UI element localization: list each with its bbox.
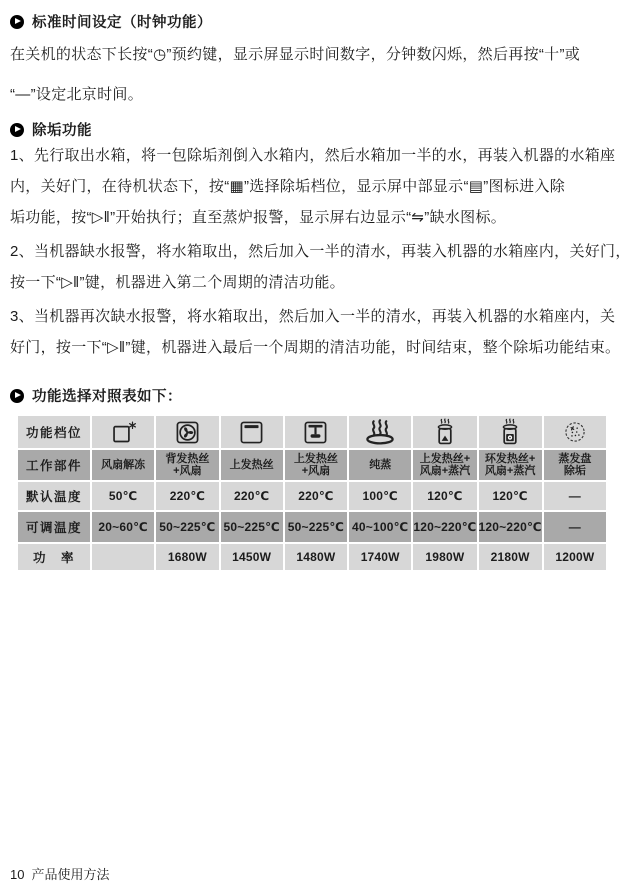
table-cell-default-temp: 220℃: [285, 482, 347, 510]
step-1: 1、先行取出水箱，将一包除垢剂倒入水箱内，然后水箱加一半的水，再装入机器的水箱座…: [10, 140, 614, 233]
table-cell-temp-range: 50~225℃: [285, 512, 347, 542]
table-cell-part: 纯蒸: [349, 450, 411, 480]
table-cell-default-temp: 50℃: [92, 482, 154, 510]
table-cell-part: 环发热丝+ 风扇+蒸汽: [479, 450, 542, 480]
page-number: 10: [10, 867, 24, 882]
section-title: 标准时间设定（时钟功能）: [32, 11, 212, 32]
row-label-power: 功 率: [18, 544, 90, 570]
pure-steam-icon: [349, 416, 411, 448]
table-cell-power: 1680W: [156, 544, 218, 570]
top-heat-fan-steam-icon: [413, 416, 476, 448]
table-cell-part: 蒸发盘 除垢: [544, 450, 606, 480]
table-cell-temp-range: —: [544, 512, 606, 542]
table-cell-power: [92, 544, 154, 570]
section-time-setting: 标准时间设定（时钟功能）: [10, 11, 212, 32]
table-cell-power: 1740W: [349, 544, 411, 570]
play-bullet-icon: [10, 15, 24, 29]
table-cell-part: 背发热丝 +风扇: [156, 450, 218, 480]
section-time-setting-body: 在关机的状态下长按“◷”预约键，显示屏显示时间数字，分钟数闪烁，然后再按“十”或…: [10, 35, 614, 115]
step-3: 3、当机器再次缺水报警，将水箱取出，然后加入一半的清水，再装入机器的水箱座内，关…: [10, 301, 614, 363]
play-bullet-icon: [10, 389, 24, 403]
table-cell-power: 1980W: [413, 544, 476, 570]
play-bullet-icon: [10, 123, 24, 137]
table-cell-power: 1450W: [221, 544, 283, 570]
paragraph-line: 内，关好门，在待机状态下，按“▦”选择除垢档位，显示屏中部显示“▤”图标进入除: [10, 171, 614, 202]
rear-heat-fan-icon: [156, 416, 218, 448]
section-descale: 除垢功能: [10, 119, 92, 140]
step-2: 2、当机器缺水报警，将水箱取出，然后加入一半的清水，再装入机器的水箱座内，关好门…: [10, 236, 614, 298]
top-heat-fan-icon: [285, 416, 347, 448]
table-cell-default-temp: —: [544, 482, 606, 510]
ring-heat-fan-steam-icon: [479, 416, 542, 448]
table-cell-default-temp: 120℃: [479, 482, 542, 510]
table-cell-power: 2180W: [479, 544, 542, 570]
defrost-icon: [92, 416, 154, 448]
table-cell-temp-range: 20~60℃: [92, 512, 154, 542]
section-descale-body: 1、先行取出水箱，将一包除垢剂倒入水箱内，然后水箱加一半的水，再装入机器的水箱座…: [10, 140, 614, 366]
top-heat-icon: [221, 416, 283, 448]
table-cell-temp-range: 50~225℃: [156, 512, 218, 542]
footer-label: 产品使用方法: [31, 864, 109, 883]
paragraph-line: 垢功能，按“▷‖”开始执行；直至蒸炉报警，显示屏右边显示“⇋”缺水图标。: [10, 202, 614, 233]
paragraph-line: 3、当机器再次缺水报警，将水箱取出，然后加入一半的清水，再装入机器的水箱座内，关: [10, 301, 614, 332]
section-title: 功能选择对照表如下：: [32, 385, 182, 406]
row-label-mode: 功能档位: [18, 416, 90, 448]
manual-page: 标准时间设定（时钟功能） 在关机的状态下长按“◷”预约键，显示屏显示时间数字，分…: [0, 0, 622, 889]
table-cell-part: 上发热丝+ 风扇+蒸汽: [413, 450, 476, 480]
table-cell-default-temp: 100℃: [349, 482, 411, 510]
paragraph-line: 在关机的状态下长按“◷”预约键，显示屏显示时间数字，分钟数闪烁，然后再按“十”或: [10, 35, 614, 75]
section-title: 除垢功能: [32, 119, 92, 140]
table-cell-default-temp: 220℃: [156, 482, 218, 510]
table-cell-temp-range: 50~225℃: [221, 512, 283, 542]
table-cell-temp-range: 120~220℃: [479, 512, 542, 542]
paragraph-line: 1、先行取出水箱，将一包除垢剂倒入水箱内，然后水箱加一半的水，再装入机器的水箱座: [10, 140, 614, 171]
table-cell-default-temp: 220℃: [221, 482, 283, 510]
paragraph-line: “—”设定北京时间。: [10, 75, 614, 115]
paragraph-line: 2、当机器缺水报警，将水箱取出，然后加入一半的清水，再装入机器的水箱座内，关好门…: [10, 236, 614, 267]
paragraph-line: 好门，按一下“▷‖”键，机器进入最后一个周期的清洁功能，时间结束，整个除垢功能结…: [10, 332, 614, 363]
row-label-parts: 工作部件: [18, 450, 90, 480]
table-cell-power: 1480W: [285, 544, 347, 570]
function-table: 功能档位: [18, 416, 606, 570]
row-label-temp-range: 可调温度: [18, 512, 90, 542]
table-cell-part: 风扇解冻: [92, 450, 154, 480]
section-function-table: 功能选择对照表如下：: [10, 385, 182, 406]
paragraph-line: 按一下“▷‖”键，机器进入第二个周期的清洁功能。: [10, 267, 614, 298]
table-cell-temp-range: 120~220℃: [413, 512, 476, 542]
table-cell-part: 上发热丝: [221, 450, 283, 480]
table-cell-default-temp: 120℃: [413, 482, 476, 510]
table-cell-part: 上发热丝 +风扇: [285, 450, 347, 480]
table-cell-temp-range: 40~100℃: [349, 512, 411, 542]
row-label-default-temp: 默认温度: [18, 482, 90, 510]
page-footer: 10 产品使用方法: [10, 864, 109, 883]
table-cell-power: 1200W: [544, 544, 606, 570]
evaporation-tray-descale-icon: [544, 416, 606, 448]
